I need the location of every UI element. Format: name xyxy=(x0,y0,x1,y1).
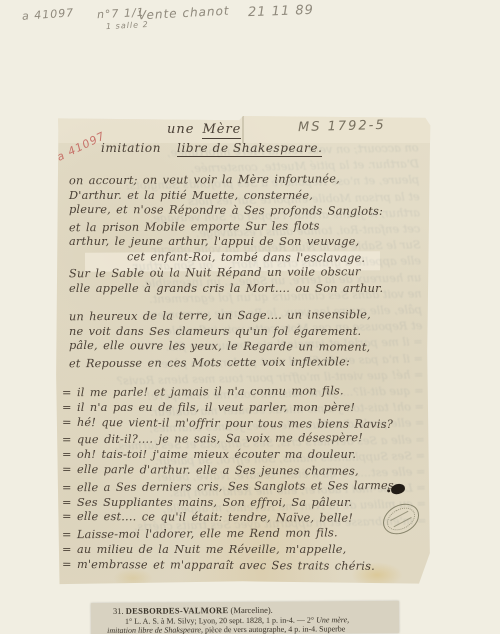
poem-line: elle appelle à grands cris la Mort.... o… xyxy=(69,281,427,297)
poem-line: = il n'a pas eu de fils, il veut parler,… xyxy=(62,400,427,416)
pencil-shelfmark: MS 1792-5 xyxy=(298,118,386,135)
catalog-clipping: 31. DESBORDES-VALMORE (Marceline). 1° L.… xyxy=(91,601,399,634)
catalog-entry-author-suffix: (Marceline). xyxy=(228,605,272,615)
poem-line: pâle, elle ouvre les yeux, le Regarde un… xyxy=(69,338,427,356)
poem-line: et la prison Mobile emporte Sur les flot… xyxy=(69,217,427,235)
poem-subtitle: imitationlibre de Shakespeare. xyxy=(101,141,322,155)
poem-line: = que dit-il?.... je ne sais, Sa voix me… xyxy=(62,430,427,448)
poem-stanza-2: un heureux de la terre, un Sage.... un i… xyxy=(69,308,427,370)
poem-stanza-1: on accourt; on veut voir la Mère infortu… xyxy=(69,172,427,296)
poem-line: = m'embrasse et m'apparaît avec Ses trai… xyxy=(62,557,427,575)
poem-line: D'arthur. et la pitié Muette, consternée… xyxy=(69,188,427,204)
poem-subtitle-underlined: libre de Shakespeare. xyxy=(177,141,322,157)
manuscript-sheet: on accourt; on veut voir la Mère infortu… xyxy=(55,116,431,586)
pencil-sale-date: 21 11 89 xyxy=(248,3,314,20)
poem-line: = elle a Ses derniers cris, Ses Sanglots… xyxy=(62,478,427,496)
poem-line: un heureux de la terre, un Sage.... un i… xyxy=(69,307,427,325)
pencil-sale-note: Vente chanot xyxy=(138,4,230,23)
poem-title-word-underlined: Mère xyxy=(202,122,241,139)
poem-line: on accourt; on veut voir la Mère infortu… xyxy=(69,171,427,189)
pencil-salle-note: 1 salle 2 xyxy=(106,20,149,31)
poem-line: = Ses Suppliantes mains, Son effroi, Sa … xyxy=(62,495,427,511)
poem-title: uneMère xyxy=(167,122,241,137)
poem-line: ne voit dans Ses clameurs qu'un fol égar… xyxy=(69,324,427,340)
catalog-entry-item3-rest: , pièce de vers autographe, 4 p. in-4. S… xyxy=(201,624,345,634)
catalog-entry-item2-title: Une mère, xyxy=(316,615,349,624)
poem-line: pleure, et n'ose Répondre à Ses profonds… xyxy=(69,202,427,220)
poem-line: = au milieu de la Nuit me Réveille, m'ap… xyxy=(62,542,427,558)
poem-subtitle-word: imitation xyxy=(101,141,161,155)
catalog-entry-author: DESBORDES-VALMORE xyxy=(126,605,229,616)
catalog-entry-number: 31. xyxy=(113,606,124,616)
pencil-inventory-number: a 41097 xyxy=(22,6,75,23)
poem-line: = oh! tais-toi! j'aime mieux écouter ma … xyxy=(62,447,427,463)
poem-text: on accourt; on veut voir la Mère infortu… xyxy=(69,172,427,574)
poem-title-word: une xyxy=(167,122,194,137)
poem-line: = il me parle! et jamais il n'a connu mo… xyxy=(62,383,427,401)
poem-line: et Repousse en ces Mots cette voix infle… xyxy=(69,353,427,371)
poem-line: = Laisse-moi l'adorer, elle me Rend mon … xyxy=(62,525,427,543)
poem-stanza-3: = il me parle! et jamais il n'a connu mo… xyxy=(62,384,427,574)
catalog-entry-line3: imitation libre de Shakspeare, pièce de … xyxy=(91,624,399,634)
catalog-entry-item3-italic: imitation libre de Shakspeare xyxy=(107,625,201,634)
poem-line: Sur le Sable où la Nuit Répand un voile … xyxy=(69,264,427,282)
poem-line: arthur, le jeune arthur, l'appui de Son … xyxy=(69,234,427,250)
paper-seam xyxy=(242,116,244,143)
